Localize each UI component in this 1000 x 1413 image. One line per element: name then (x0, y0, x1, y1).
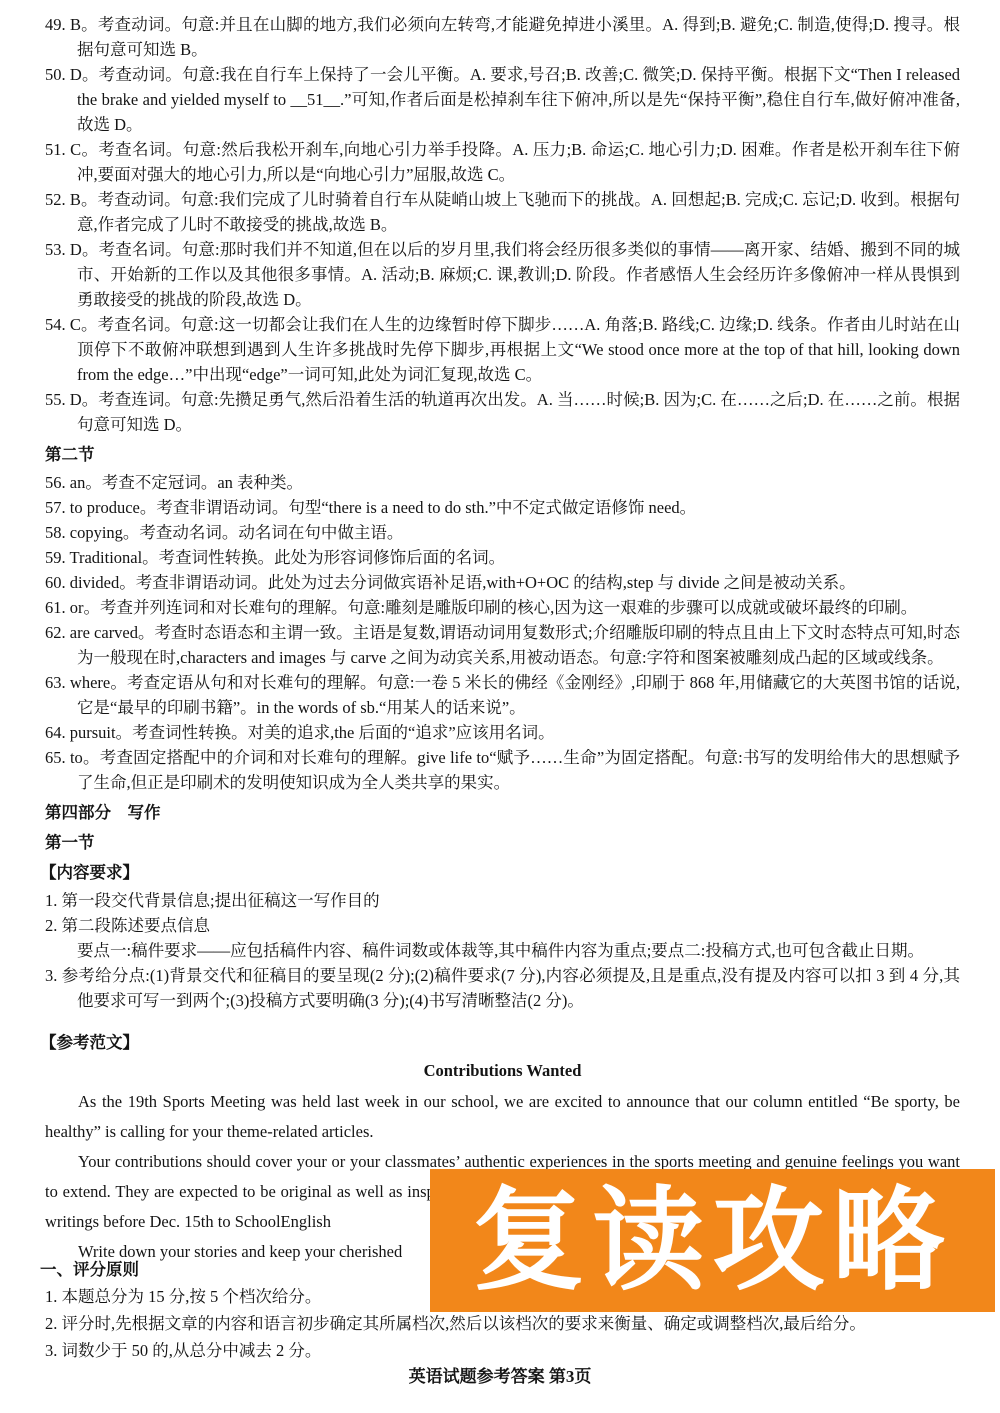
item-number: 49. (45, 15, 66, 34)
answer-key-body: 49. B。考查动词。句意:并且在山脚的地方,我们必须向左转弯,才能避免掉进小溪… (45, 12, 960, 1013)
answer-item: 54. C。考查名词。句意:这一切都会让我们在人生的边缘暂时停下脚步……A. 角… (45, 312, 960, 387)
item-number: 58. (45, 523, 66, 542)
item-text: B。考查动词。句意:并且在山脚的地方,我们必须向左转弯,才能避免掉进小溪里。A.… (70, 15, 960, 59)
item-text: 词数少于 50 的,从总分中减去 2 分。 (62, 1341, 322, 1360)
item-number: 61. (45, 598, 66, 617)
item-text: D。考查名词。句意:那时我们并不知道,但在以后的岁月里,我们将会经历很多类似的事… (70, 240, 960, 309)
answer-item: 61. or。考查并列连词和对长难句的理解。句意:雕刻是雕版印刷的核心,因为这一… (45, 595, 960, 620)
item-number: 54. (45, 315, 66, 334)
subsection-heading: 第一节 (45, 830, 960, 855)
item-number: 2. (45, 916, 57, 935)
item-number: 62. (45, 623, 66, 642)
item-text: C。考查名词。句意:然后我松开刹车,向地心引力举手投降。A. 压力;B. 命运;… (70, 140, 960, 184)
answer-item: 58. copying。考查动名词。动名词在句中做主语。 (45, 520, 960, 545)
sample-essay-heading: 【参考范文】 (40, 1030, 960, 1055)
item-text: an。考查不定冠词。an 表种类。 (70, 473, 303, 492)
item-number: 60. (45, 573, 66, 592)
item-text: or。考查并列连词和对长难句的理解。句意:雕刻是雕版印刷的核心,因为这一艰难的步… (70, 598, 917, 617)
item-text: C。考查名词。句意:这一切都会让我们在人生的边缘暂时停下脚步……A. 角落;B.… (70, 315, 960, 384)
item-number: 59. (45, 548, 66, 567)
item-text: 评分时,先根据文章的内容和语言初步确定其所属档次,然后以该档次的要求来衡量、确定… (62, 1314, 866, 1333)
item-number: 3. (45, 1341, 57, 1360)
answer-item: 63. where。考查定语从句和对长难句的理解。句意:一卷 5 米长的佛经《金… (45, 670, 960, 720)
watermark-overlay: 复读攻略 (430, 1169, 995, 1312)
item-number: 51. (45, 140, 66, 159)
scoring-item: 3. 词数少于 50 的,从总分中减去 2 分。 (45, 1337, 960, 1364)
answer-item: 55. D。考查连词。句意:先攒足勇气,然后沿着生活的轨道再次出发。A. 当……… (45, 387, 960, 437)
item-text: 第一段交代背景信息;提出征稿这一写作目的 (62, 891, 380, 910)
part-heading: 第四部分 写作 (45, 800, 960, 825)
item-number: 65. (45, 748, 66, 767)
answer-sheet-page: { "colors": { "watermark_bg": "#F2871A",… (0, 0, 1000, 1413)
item-number: 63. (45, 673, 66, 692)
scoring-item: 2. 评分时,先根据文章的内容和语言初步确定其所属档次,然后以该档次的要求来衡量… (45, 1310, 960, 1337)
item-text: to produce。考查非谓语动词。句型“there is a need to… (70, 498, 696, 517)
item-text: to。考查固定搭配中的介词和对长难句的理解。give life to“赋予……生… (70, 748, 960, 792)
content-requirements-heading: 【内容要求】 (40, 860, 960, 885)
item-number: 52. (45, 190, 66, 209)
essay-title: Contributions Wanted (45, 1057, 960, 1085)
item-text: D。考查连词。句意:先攒足勇气,然后沿着生活的轨道再次出发。A. 当……时候;B… (70, 390, 960, 434)
section-heading: 第二节 (45, 442, 960, 467)
requirement-item: 2. 第二段陈述要点信息 (45, 913, 960, 938)
answer-item: 65. to。考查固定搭配中的介词和对长难句的理解。give life to“赋… (45, 745, 960, 795)
item-number: 1. (45, 891, 57, 910)
item-text: 本题总分为 15 分,按 5 个档次给分。 (62, 1287, 322, 1306)
essay-paragraph: As the 19th Sports Meeting was held last… (45, 1087, 960, 1147)
item-text: Traditional。考查词性转换。此处为形容词修饰后面的名词。 (69, 548, 505, 567)
answer-item: 56. an。考查不定冠词。an 表种类。 (45, 470, 960, 495)
item-text: pursuit。考查词性转换。对美的追求,the 后面的“追求”应该用名词。 (70, 723, 555, 742)
item-number: 50. (45, 65, 66, 84)
item-number: 1. (45, 1287, 57, 1306)
item-number: 2. (45, 1314, 57, 1333)
answer-item: 49. B。考查动词。句意:并且在山脚的地方,我们必须向左转弯,才能避免掉进小溪… (45, 12, 960, 62)
item-number: 57. (45, 498, 66, 517)
item-text: are carved。考查时态语态和主谓一致。主语是复数,谓语动词用复数形式;介… (70, 623, 960, 667)
answer-item: 51. C。考查名词。句意:然后我松开刹车,向地心引力举手投降。A. 压力;B.… (45, 137, 960, 187)
watermark-text: 复读攻略 (473, 1185, 953, 1297)
requirement-subpoint: 要点一:稿件要求——应包括稿件内容、稿件词数或体裁等,其中稿件内容为重点;要点二… (45, 938, 960, 963)
answer-item: 64. pursuit。考查词性转换。对美的追求,the 后面的“追求”应该用名… (45, 720, 960, 745)
item-text: D。考查动词。句意:我在自行车上保持了一会儿平衡。A. 要求,号召;B. 改善;… (70, 65, 960, 134)
item-text: 参考给分点:(1)背景交代和征稿目的要呈现(2 分);(2)稿件要求(7 分),… (62, 966, 960, 1010)
answer-item: 60. divided。考查非谓语动词。此处为过去分词做宾语补足语,with+O… (45, 570, 960, 595)
answer-item: 57. to produce。考查非谓语动词。句型“there is a nee… (45, 495, 960, 520)
item-text: B。考查动词。句意:我们完成了儿时骑着自行车从陡峭山坡上飞驰而下的挑战。A. 回… (70, 190, 960, 234)
item-number: 53. (45, 240, 66, 259)
answer-item: 53. D。考查名词。句意:那时我们并不知道,但在以后的岁月里,我们将会经历很多… (45, 237, 960, 312)
item-number: 64. (45, 723, 66, 742)
item-text: divided。考查非谓语动词。此处为过去分词做宾语补足语,with+O+OC … (70, 573, 856, 592)
item-number: 3. (45, 966, 57, 985)
requirement-item: 1. 第一段交代背景信息;提出征稿这一写作目的 (45, 888, 960, 913)
page-footer: 英语试题参考答案 第3页 (0, 1364, 1000, 1389)
item-number: 56. (45, 473, 66, 492)
requirement-item: 3. 参考给分点:(1)背景交代和征稿目的要呈现(2 分);(2)稿件要求(7 … (45, 963, 960, 1013)
item-text: 第二段陈述要点信息 (62, 916, 211, 935)
item-number: 55. (45, 390, 66, 409)
answer-item: 52. B。考查动词。句意:我们完成了儿时骑着自行车从陡峭山坡上飞驰而下的挑战。… (45, 187, 960, 237)
item-text: where。考查定语从句和对长难句的理解。句意:一卷 5 米长的佛经《金刚经》,… (70, 673, 960, 717)
answer-item: 62. are carved。考查时态语态和主谓一致。主语是复数,谓语动词用复数… (45, 620, 960, 670)
answer-item: 59. Traditional。考查词性转换。此处为形容词修饰后面的名词。 (45, 545, 960, 570)
answer-item: 50. D。考查动词。句意:我在自行车上保持了一会儿平衡。A. 要求,号召;B.… (45, 62, 960, 137)
item-text: copying。考查动名词。动名词在句中做主语。 (70, 523, 404, 542)
